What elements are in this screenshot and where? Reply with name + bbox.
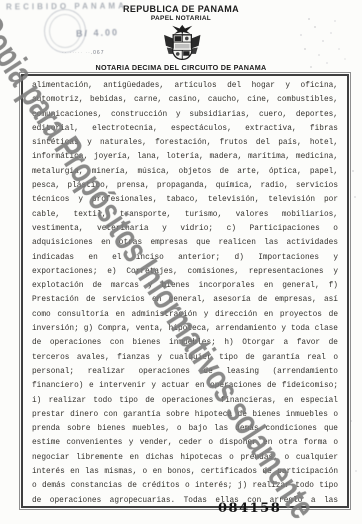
body-line: automotriz, bebidas, carne, casino, cauc… [32, 93, 338, 107]
papel-notarial-subtitle: PAPEL NOTARIAL [0, 15, 362, 22]
body-line: alimentación, antigüedades, artículos de… [32, 79, 338, 93]
body-line: editorial, electrotecnia, espectáculos, … [32, 122, 338, 136]
body-line: inversión; g) Compra, venta, hipoteca, a… [32, 322, 338, 336]
fee-amount-stamp: B/ 4.00 [76, 27, 119, 38]
body-line: estime convenientes y vender, ceder o di… [32, 436, 338, 450]
notary-office-line: NOTARIA DECIMA DEL CIRCUITO DE PANAMA [0, 63, 362, 72]
body-line: adquisiciones en otras empresas que real… [32, 236, 338, 250]
body-line: i) realizar todo tipo de operaciones fin… [32, 394, 338, 408]
body-line: explotación de marcas y bienes incorpora… [32, 279, 338, 293]
body-line: cable, textil, transporte, turismo, valo… [32, 208, 338, 222]
notarial-document-page: RECIBIDO PANAMA B/ 4.00 ·· ····· ··.067 … [0, 0, 362, 524]
scan-noise [352, 170, 354, 172]
republic-title: REPUBLICA DE PANAMA [0, 4, 362, 14]
body-line: de operaciones agropecuarias. Todas ella… [32, 494, 338, 508]
stamp-small-print: ·· ····· ··.067 [62, 50, 105, 56]
body-line: Prestación de servicios en general, ases… [32, 293, 338, 307]
serial-number: 084158 [218, 501, 281, 516]
body-line: prestar dinero con garantía sobre hipote… [32, 408, 338, 422]
body-line: o demás constancias de créditos o interé… [32, 479, 338, 493]
body-line: prenda sobre bienes muebles, o bajo las … [32, 422, 338, 436]
body-line: de operaciones con bienes inmuebles; h) … [32, 336, 338, 350]
body-line: indicadas en el inciso anterior; d) Impo… [32, 251, 338, 265]
body-line: metalurgia, minería, música, objetos de … [32, 165, 338, 179]
body-line: interés en las mismas, o en bonos, certi… [32, 465, 338, 479]
body-line: técnicos y profesionales, tabaco, televi… [32, 193, 338, 207]
body-line: como consultoría en administración y dir… [32, 308, 338, 322]
illegible-marks: ·· ····· ·· [62, 50, 91, 56]
body-line: vestimenta, veterinaria y vidrio; c) Par… [32, 222, 338, 236]
body-line: exportaciones; e) Corretajes, comisiones… [32, 265, 338, 279]
body-line: comunicaciones, construcción y subsidiar… [32, 108, 338, 122]
body-line: financiero) e intervenir y actuar en ope… [32, 379, 338, 393]
body-line: informática, joyería, lana, lotería, mad… [32, 150, 338, 164]
body-line: terceros avales, fianzas y cualquier tip… [32, 351, 338, 365]
panama-coat-of-arms-icon [161, 23, 203, 63]
body-line: personal; realizar operaciones de leasin… [32, 365, 338, 379]
document-body-lines: alimentación, antigüedades, artículos de… [32, 79, 338, 508]
body-line: negociar libremente en dichas hipotecas … [32, 451, 338, 465]
body-line: pesca, plástico, prensa, propaganda, quí… [32, 179, 338, 193]
stamp-small-print-value: .067 [91, 50, 105, 56]
body-line: sintéticas y naturales, forestación, fru… [32, 136, 338, 150]
document-body-frame: alimentación, antigüedades, artículos de… [21, 74, 349, 508]
